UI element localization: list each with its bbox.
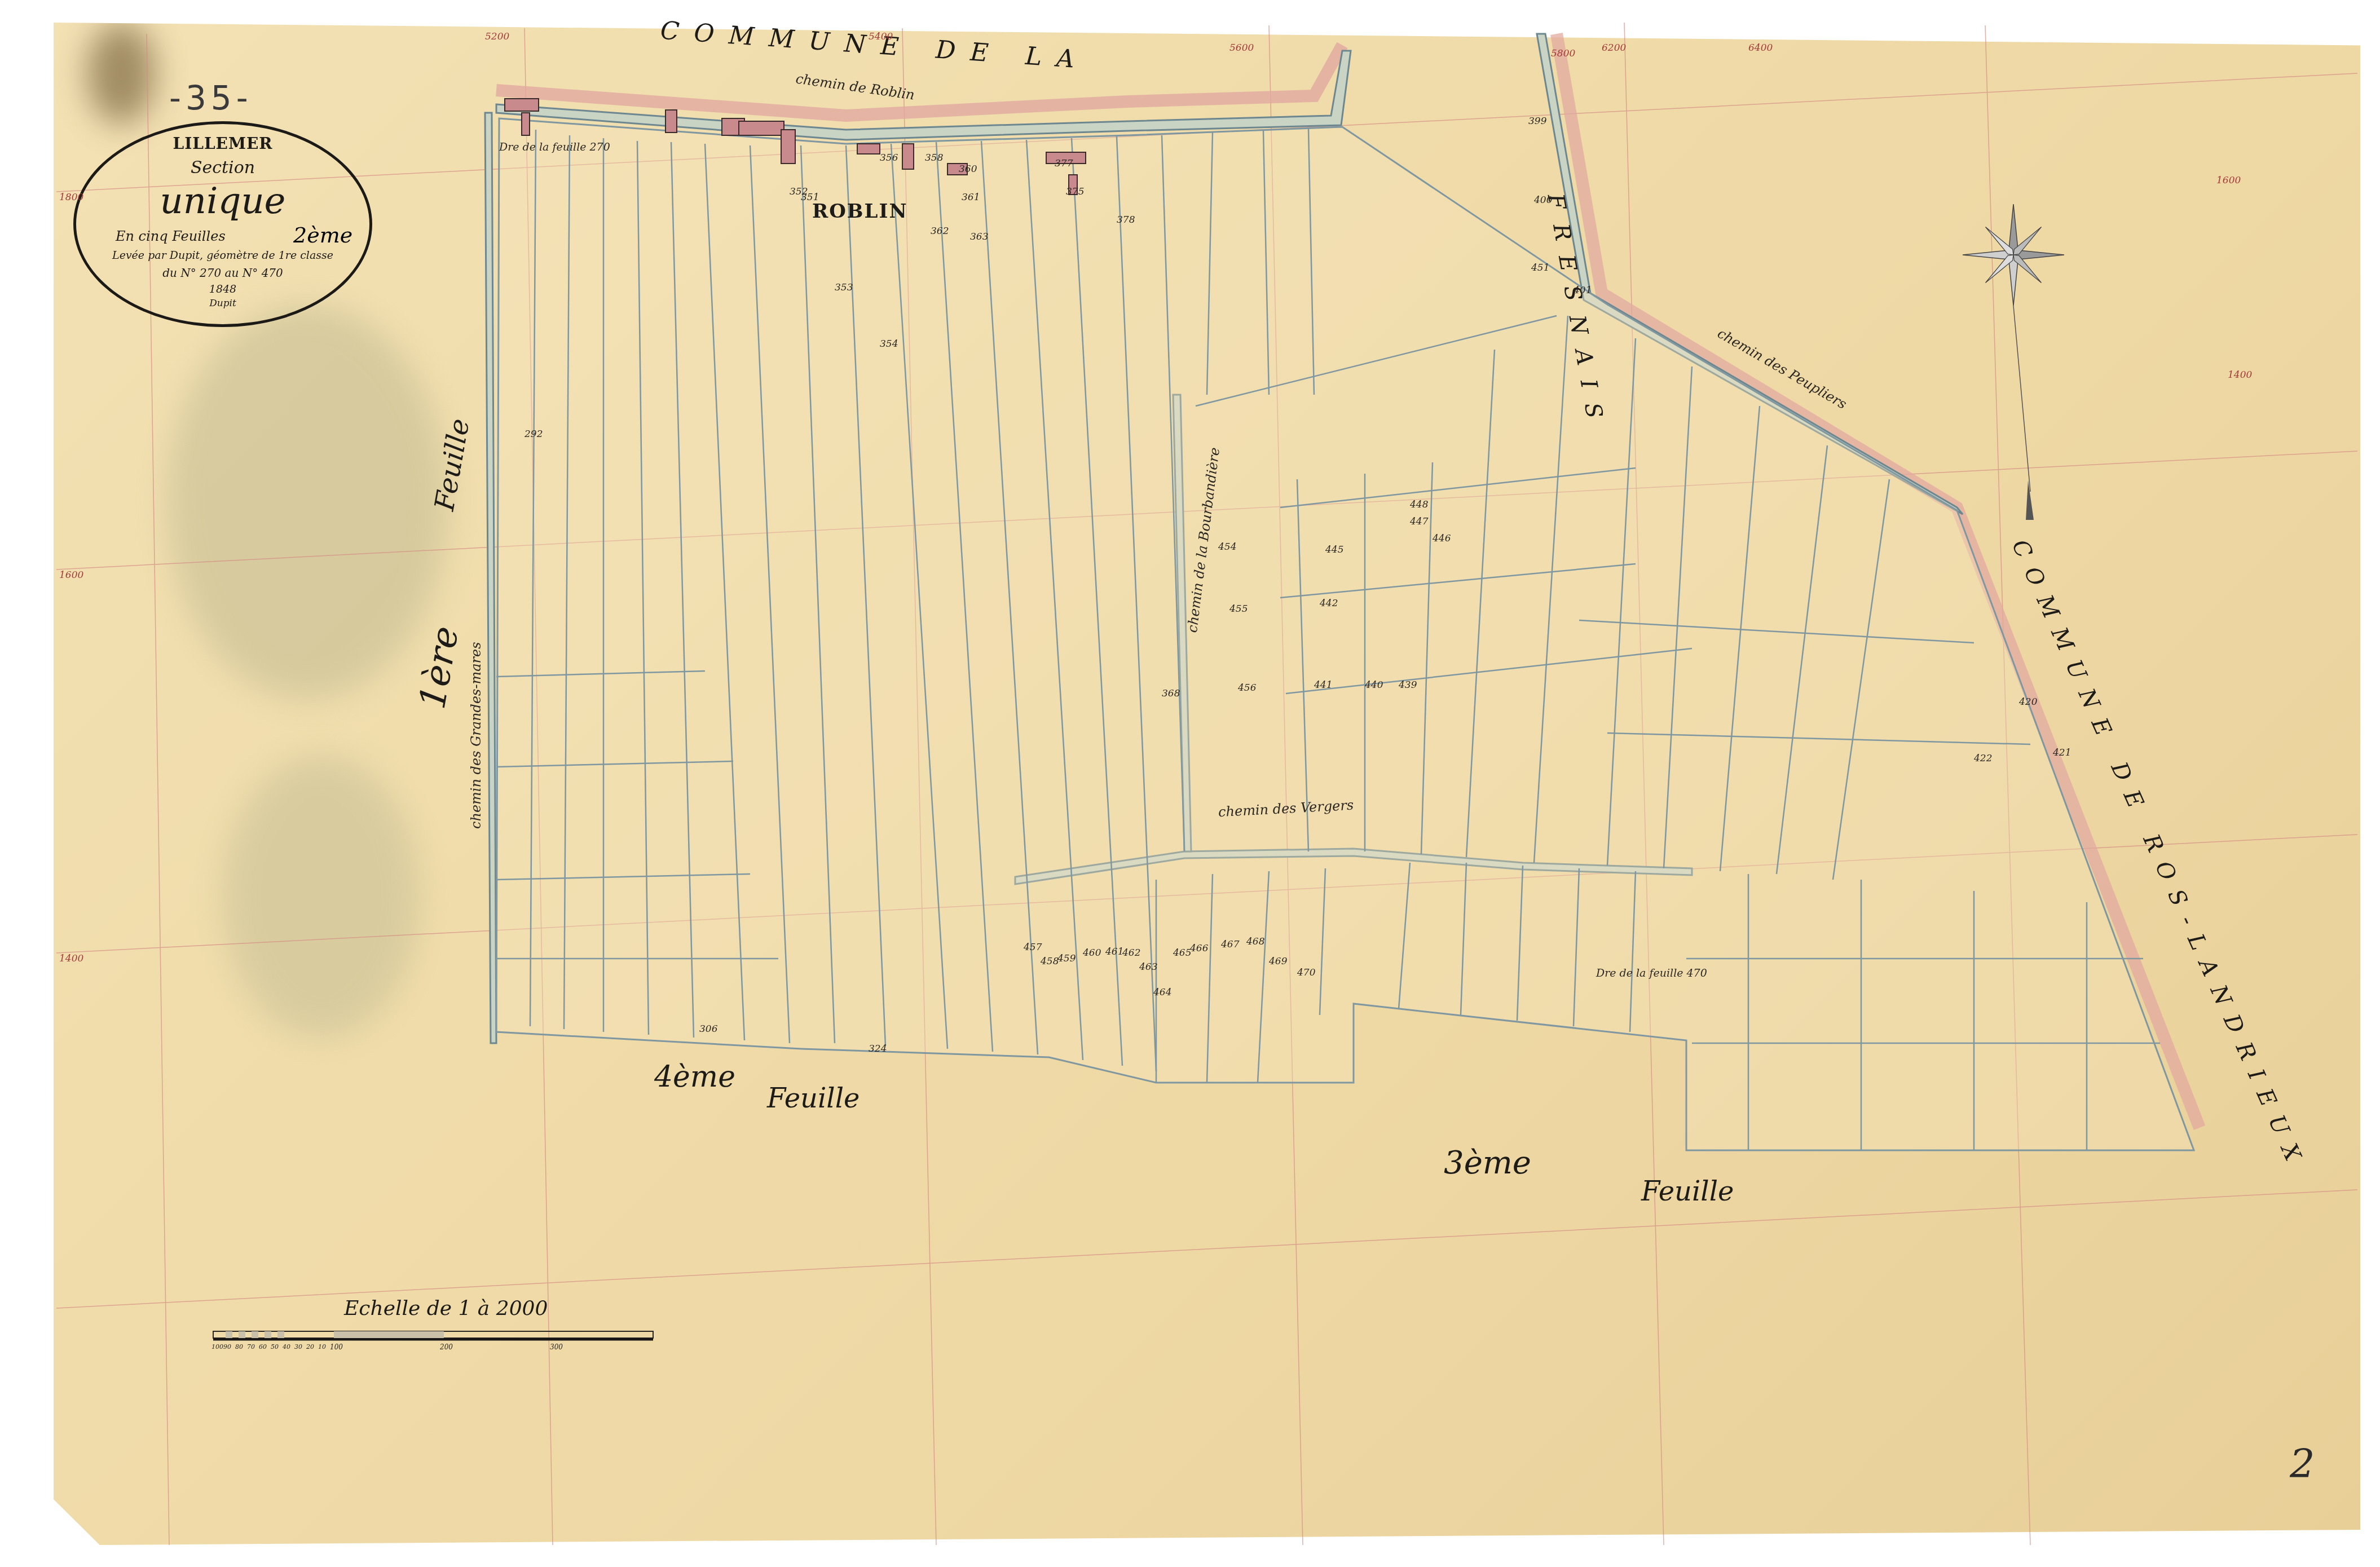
grid-label: 1400 [2228,369,2252,381]
parcel-number: 401 [1574,285,1592,296]
section-label: Section [76,158,369,178]
parcel-number: 448 [1410,499,1428,510]
parcel-number: 324 [869,1043,887,1054]
parcel-number: 442 [1320,598,1338,609]
road-label-grandes-mares: chemin des Grandes-mares [468,642,484,829]
adjacent-sheet-south-west-number: 4ème [654,1060,735,1094]
parcel-number: 358 [925,152,943,164]
parcel-number: 467 [1221,939,1239,950]
hamlet-label: ROBLIN [812,200,908,223]
parcel-number: 468 [1246,936,1264,947]
scale-tick-label: 200 [440,1343,453,1351]
scale-tick-label: 50 [271,1343,279,1350]
sheets-text: En cinq Feuilles [76,228,226,244]
surveyor-signature: Dupit [76,298,369,309]
sheet-reference-note: Dre de la feuille 270 [499,141,610,153]
parcel-number: 354 [880,338,898,350]
parcel-number: 466 [1190,943,1208,954]
scale-tick-label: 80 [235,1343,243,1350]
sheet-reference-note: Dre de la feuille 470 [1596,967,1707,979]
scale-tick-label: 90 [223,1343,231,1350]
parcel-number: 459 [1057,953,1076,964]
scale-tick-label: 300 [550,1343,563,1351]
parcel-number: 451 [1531,262,1549,273]
title-cartouche: LILLEMER Section unique En cinq Feuilles… [73,121,372,327]
parcel-number: 446 [1433,533,1451,544]
scale-tick-label: 10 [318,1343,326,1350]
parcel-number: 460 [1083,947,1101,959]
parcel-number: 422 [1974,753,1992,764]
parcel-number: 292 [525,429,543,440]
adjacent-sheet-south-east-number: 3ème [1444,1145,1531,1181]
parcel-number: 360 [959,164,977,175]
section-name: unique [76,180,369,222]
parcel-number: 469 [1269,956,1287,967]
parcel-number: 455 [1229,603,1248,615]
parcel-number: 356 [880,152,898,164]
parcel-number: 440 [1365,679,1383,691]
parcel-number: 462 [1122,947,1140,959]
parcel-number: 352 [790,186,808,197]
parcel-outline [496,118,2194,1150]
grid-label: 6200 [1602,42,1626,54]
parcel-number: 362 [931,226,949,237]
scale-title: Echelle de 1 à 2000 [344,1297,548,1320]
parcel-number: 363 [970,231,988,242]
parcel-number: 399 [1528,116,1546,127]
survey-year: 1848 [76,283,369,295]
grid-label: 1800 [59,192,83,203]
grid-label: 5800 [1551,48,1575,59]
grid-label: 6400 [1748,42,1773,54]
parcel-number: 368 [1162,688,1180,699]
adjacent-sheet-south-east-label: Feuille [1641,1176,1734,1207]
parcel-number: 306 [699,1023,717,1035]
parcel-number: 465 [1173,947,1191,959]
commune-name: LILLEMER [76,134,369,153]
parcel-number: 458 [1041,956,1059,967]
scale-tick-label: 40 [283,1343,290,1350]
grid-label: 5400 [869,31,893,42]
parcel-number: 420 [2019,696,2037,708]
scale-tick-label: 20 [306,1343,314,1350]
parcel-number: 441 [1314,679,1332,691]
parcel-number: 361 [962,192,980,203]
scale-tick-label: 100 [330,1343,343,1351]
parcel-number: 378 [1117,214,1135,226]
scale-bar [213,1331,653,1339]
parcel-number: 463 [1139,961,1157,973]
parcel-number: 353 [835,282,853,293]
surveyor-text: Levée par Dupit, géomètre de 1re classe [76,249,369,262]
sheet-number: 2ème [293,223,352,248]
parcel-range: du N° 270 au N° 470 [76,266,369,280]
parcel-number: 457 [1024,942,1042,953]
grid-label: 5200 [485,31,509,42]
parcel-number: 461 [1105,946,1123,957]
scale-tick-label: 60 [259,1343,267,1350]
compass-rose [1958,199,2069,520]
grid-label: 5600 [1229,42,1254,54]
grid-label: 1600 [59,570,83,581]
parcel-number: 445 [1325,544,1343,555]
grid-label: 1400 [59,953,83,964]
parcel-number: 470 [1297,967,1315,978]
road-chemin-des-grandes-mares [485,113,496,1043]
parcel-number: 454 [1218,541,1236,553]
grid-label: 1600 [2216,175,2241,186]
parcel-number: 439 [1399,679,1417,691]
scale-tick-label: 70 [247,1343,255,1350]
parcel-number: 375 [1066,186,1084,197]
parcel-number: 464 [1153,987,1171,998]
scale-tick-label: 30 [294,1343,302,1350]
parcel-number: 456 [1238,682,1256,694]
parcel-number: 447 [1410,516,1428,527]
archive-number: -35- [169,79,253,117]
adjacent-sheet-south-west-label: Feuille [767,1083,860,1114]
parcel-number: 421 [2053,747,2071,758]
parcel-number: 377 [1055,158,1073,169]
corner-sheet-number: 2 [2290,1441,2315,1487]
parcel-number: 400 [1534,195,1552,206]
scale-tick-label: 100 [211,1343,223,1350]
